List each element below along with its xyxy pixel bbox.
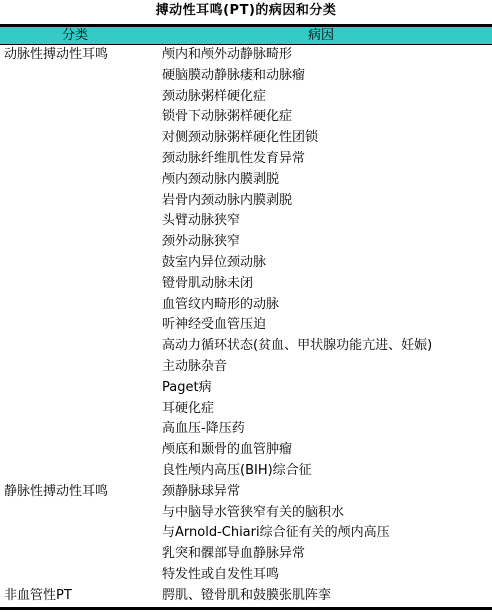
category-cell xyxy=(0,66,150,87)
category-cell xyxy=(0,191,150,212)
cause-cell: 特发性或自发性耳鸣 xyxy=(150,565,492,586)
cause-cell: 颈动脉纤维肌性发育异常 xyxy=(150,149,492,170)
cause-cell: 血管纹内畸形的动脉 xyxy=(150,295,492,316)
category-cell xyxy=(0,149,150,170)
table-row: 鼓室内异位颈动脉 xyxy=(0,253,492,274)
cause-cell: 颅底和颞骨的血管肿瘤 xyxy=(150,440,492,461)
table-row: 颅底和颞骨的血管肿瘤 xyxy=(0,440,492,461)
table-row: 乳突和髁部导血静脉异常 xyxy=(0,544,492,565)
cause-cell: 颈动脉粥样硬化症 xyxy=(150,87,492,108)
category-cell xyxy=(0,357,150,378)
category-cell xyxy=(0,336,150,357)
table-row: 硬脑膜动静脉瘘和动脉瘤 xyxy=(0,66,492,87)
table-row: 良性颅内高压(BIH)综合征 xyxy=(0,461,492,482)
category-cell xyxy=(0,211,150,232)
table-row: 听神经受血管压迫 xyxy=(0,315,492,336)
cause-cell: 高动力循环状态(贫血、甲状腺功能亢进、妊娠) xyxy=(150,336,492,357)
table-row: 颈动脉纤维肌性发育异常 xyxy=(0,149,492,170)
table-row: 高血压-降压药 xyxy=(0,419,492,440)
table-row: 特发性或自发性耳鸣 xyxy=(0,565,492,586)
category-cell xyxy=(0,461,150,482)
category-cell xyxy=(0,523,150,544)
table-row: 与中脑导水管狭窄有关的脑积水 xyxy=(0,503,492,524)
table-row: 颈外动脉狭窄 xyxy=(0,232,492,253)
cause-cell: 耳硬化症 xyxy=(150,399,492,420)
cause-cell: 颈外动脉狭窄 xyxy=(150,232,492,253)
cause-cell: 听神经受血管压迫 xyxy=(150,315,492,336)
category-cell xyxy=(0,378,150,399)
cause-cell: 颅内和颅外动静脉畸形 xyxy=(150,45,492,66)
category-cell xyxy=(0,253,150,274)
category-cell xyxy=(0,232,150,253)
category-cell: 动脉性搏动性耳鸣 xyxy=(0,45,150,66)
category-cell xyxy=(0,565,150,586)
category-cell xyxy=(0,87,150,108)
document-page: 搏动性耳鸣(PT)的病因和分类 分类 病因 动脉性搏动性耳鸣颅内和颅外动静脉畸形… xyxy=(0,0,492,612)
category-cell xyxy=(0,128,150,149)
table-row: 颈动脉粥样硬化症 xyxy=(0,87,492,108)
category-cell: 静脉性搏动性耳鸣 xyxy=(0,482,150,503)
table-row: 与Arnold-Chiari综合征有关的颅内高压 xyxy=(0,523,492,544)
cause-cell: 对侧颈动脉粥样硬化性团锁 xyxy=(150,128,492,149)
cause-cell: 颈静脉球异常 xyxy=(150,482,492,503)
table-row: 岩骨内颈动脉内膜剥脱 xyxy=(0,191,492,212)
category-cell xyxy=(0,170,150,191)
table-row: 颅内颈动脉内膜剥脱 xyxy=(0,170,492,191)
category-cell xyxy=(0,274,150,295)
header-classification: 分类 xyxy=(0,27,150,44)
table-row: 对侧颈动脉粥样硬化性团锁 xyxy=(0,128,492,149)
cause-cell: 头臂动脉狭窄 xyxy=(150,211,492,232)
category-cell xyxy=(0,295,150,316)
table-row: 镫骨肌动脉未闭 xyxy=(0,274,492,295)
cause-cell: 与Arnold-Chiari综合征有关的颅内高压 xyxy=(150,523,492,544)
table-row: 动脉性搏动性耳鸣颅内和颅外动静脉畸形 xyxy=(0,45,492,66)
table-body: 动脉性搏动性耳鸣颅内和颅外动静脉畸形硬脑膜动静脉瘘和动脉瘤颈动脉粥样硬化症锁骨下… xyxy=(0,45,492,607)
table-row: 耳硬化症 xyxy=(0,399,492,420)
category-cell xyxy=(0,107,150,128)
cause-cell: 鼓室内异位颈动脉 xyxy=(150,253,492,274)
table-row: 主动脉杂音 xyxy=(0,357,492,378)
category-cell: 非血管性PT xyxy=(0,586,150,607)
cause-cell: 良性颅内高压(BIH)综合征 xyxy=(150,461,492,482)
category-cell xyxy=(0,503,150,524)
cause-cell: 乳突和髁部导血静脉异常 xyxy=(150,544,492,565)
table-row: 高动力循环状态(贫血、甲状腺功能亢进、妊娠) xyxy=(0,336,492,357)
cause-cell: 腭肌、镫骨肌和鼓膜张肌阵挛 xyxy=(150,586,492,607)
table-row: 静脉性搏动性耳鸣颈静脉球异常 xyxy=(0,482,492,503)
category-cell xyxy=(0,399,150,420)
cause-cell: 颅内颈动脉内膜剥脱 xyxy=(150,170,492,191)
table-row: 头臂动脉狭窄 xyxy=(0,211,492,232)
cause-cell: 高血压-降压药 xyxy=(150,419,492,440)
table-row: Paget病 xyxy=(0,378,492,399)
table-header-row: 分类 病因 xyxy=(0,27,492,45)
category-cell xyxy=(0,419,150,440)
category-cell xyxy=(0,544,150,565)
category-cell xyxy=(0,315,150,336)
table-row: 非血管性PT腭肌、镫骨肌和鼓膜张肌阵挛 xyxy=(0,586,492,607)
causes-table: 分类 病因 动脉性搏动性耳鸣颅内和颅外动静脉畸形硬脑膜动静脉瘘和动脉瘤颈动脉粥样… xyxy=(0,24,492,610)
category-cell xyxy=(0,440,150,461)
cause-cell: 镫骨肌动脉未闭 xyxy=(150,274,492,295)
cause-cell: 主动脉杂音 xyxy=(150,357,492,378)
cause-cell: 锁骨下动脉粥样硬化症 xyxy=(150,107,492,128)
table-row: 锁骨下动脉粥样硬化症 xyxy=(0,107,492,128)
cause-cell: Paget病 xyxy=(150,378,492,399)
cause-cell: 岩骨内颈动脉内膜剥脱 xyxy=(150,191,492,212)
header-cause: 病因 xyxy=(150,27,492,44)
table-row: 血管纹内畸形的动脉 xyxy=(0,295,492,316)
cause-cell: 硬脑膜动静脉瘘和动脉瘤 xyxy=(150,66,492,87)
cause-cell: 与中脑导水管狭窄有关的脑积水 xyxy=(150,503,492,524)
table-title: 搏动性耳鸣(PT)的病因和分类 xyxy=(0,0,492,24)
